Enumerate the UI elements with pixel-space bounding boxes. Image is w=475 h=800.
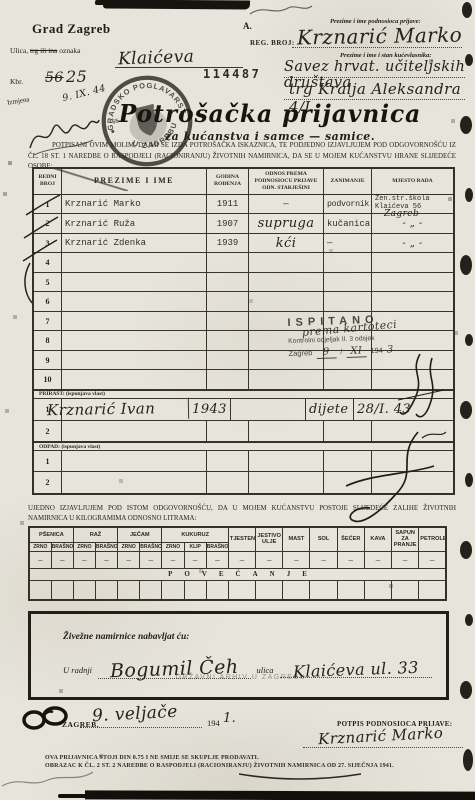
povecanje-row: POVEĆANJE (29, 568, 446, 580)
member-name: Krznarić Ruža (62, 214, 207, 233)
member-name: Krznarić Zdenka (62, 234, 207, 253)
food-supplies-table: PŠENICA RAŽ JEČAM KUKURUZ TJESTENINE JES… (28, 526, 447, 601)
footer-year-printed: 194 (207, 718, 220, 728)
street-label-post: oznaka (59, 46, 80, 55)
scanned-form-potrosacka-prijavnica: { "header": { "city": "Grad Zagreb", "st… (0, 0, 475, 800)
col-sapun: SAPUN ZA PRANJE (392, 527, 419, 551)
ink-blot-footer-left (20, 701, 76, 735)
col-header-zanimanje: ZANIMANJE (324, 169, 372, 194)
group-raz: RAŽ (73, 527, 117, 542)
member-row-4: 4 (34, 253, 453, 273)
supply-value: – (283, 551, 310, 568)
sub-zrno: ZRNO (29, 542, 51, 551)
member-name (62, 273, 207, 292)
control-year-printed: 194 (370, 346, 383, 355)
prirast-relation (231, 399, 306, 420)
supply-value: – (206, 551, 228, 568)
supply-value: – (256, 551, 283, 568)
control-signature-scribble (392, 352, 450, 422)
member-birth-year (207, 351, 249, 370)
control-month-handwritten: XI (346, 345, 366, 358)
date-slash: / (340, 347, 342, 356)
member-relation (249, 370, 324, 389)
footer-year-handwritten: 1. (223, 711, 236, 726)
supply-value: – (95, 551, 117, 568)
footnote-price: OVA PRIJAVNICA STOJI DIN 0.75 I NE SMIJE… (45, 755, 259, 761)
odpad-year (207, 451, 249, 471)
form-title: Potrošačka prijavnica (117, 99, 424, 128)
scan-ink-smear-top-small (95, 0, 113, 5)
house-number-old-struck: 56 (45, 70, 64, 86)
odpad-name (62, 472, 207, 493)
applicant-name-handwritten: Krznarić Marko (297, 23, 462, 50)
sub-zrno: ZRNO (73, 542, 95, 551)
izmjena-label: Izmjena (7, 95, 31, 106)
col-petrolej: PETROLEJ (419, 527, 446, 551)
member-row-1: 1 Krznarić Marko 1911 — podvornik Žen.st… (34, 195, 453, 215)
scan-ink-smear-top (103, 0, 250, 10)
member-occupation (324, 253, 372, 272)
archive-stamp-text: DRŽAVNI ARHIV U ZAGREBU (131, 674, 351, 681)
supply-value: – (392, 551, 419, 568)
registration-number-stamp: 114487 (203, 67, 261, 81)
member-name: Krznarić Marko (62, 195, 207, 214)
prirast-year (207, 421, 249, 442)
applicant-underline (292, 47, 462, 48)
supplies-group-header-row: PŠENICA RAŽ JEČAM KUKURUZ TJESTENINE JES… (29, 527, 446, 542)
workplace-ditto: - „ - (375, 238, 450, 249)
member-relation-handwritten: kći (249, 234, 324, 253)
member-name (62, 292, 207, 311)
member-workplace (372, 292, 453, 311)
prirast-name-handwritten: Krznarić Ivan (44, 398, 189, 421)
handwritten-squiggle-top (246, 1, 318, 19)
city-heading: Grad Zagreb (32, 21, 111, 37)
col-header-mjesto-rada: MJESTO RADA (372, 169, 453, 194)
scan-black-bar-bottom-tail (58, 794, 88, 798)
prirast-name (62, 421, 207, 442)
col-jestivo-ulje: JESTIVO ULJE (256, 527, 283, 551)
col-mast: MAST (283, 527, 310, 551)
street-label: Ulica, trg ili ina oznaka (10, 46, 81, 55)
member-birth-year: 1907 (207, 214, 249, 233)
supply-value: – (140, 551, 162, 568)
group-psenica: PŠENICA (29, 527, 73, 542)
row-number: 7 (34, 312, 62, 331)
supply-value: – (118, 551, 140, 568)
member-relation (249, 292, 324, 311)
supplies-declaration: UJEDNO IZJAVLJUJEM POD ISTOM ODGOVORNOŠĆ… (28, 504, 456, 525)
control-day-handwritten: 9 (316, 346, 336, 359)
member-birth-year (207, 331, 249, 350)
member-occupation (324, 273, 372, 292)
street-label-pre: Ulica, (10, 46, 28, 55)
sub-zrno: ZRNO (118, 542, 140, 551)
member-relation: — (249, 195, 324, 214)
col-kava: KAVA (364, 527, 391, 551)
member-name (62, 312, 207, 331)
sub-brasno: BRAŠNO (95, 542, 117, 551)
supply-value: – (73, 551, 95, 568)
shop-title: Živežne namirnice nabavljat ću: (63, 632, 189, 642)
prirast-row-1: 1 Krznarić Ivan 1943 dijete 28/I. 43 (34, 399, 453, 421)
shop-radnja-label: U radnji (63, 665, 92, 675)
supply-value: – (162, 551, 184, 568)
row-number: 8 (34, 331, 62, 350)
member-occupation: kučanica (324, 214, 372, 233)
prirast-section-label: PRIRAST: (ispunjava vlast) (34, 390, 453, 399)
sub-klip: KLIP (184, 542, 206, 551)
odpad-year (207, 472, 249, 493)
member-occupation (324, 370, 372, 389)
member-workplace (372, 273, 453, 292)
shop-declaration-box: Živežne namirnice nabavljat ću: U radnji… (28, 611, 449, 700)
section-letter: A. (243, 21, 252, 31)
prirast-relation (249, 421, 324, 442)
odpad-name (62, 451, 207, 471)
col-tjestenine: TJESTENINE (228, 527, 255, 551)
supplies-values-row: – – – – – – – – – – – – – – – – – (29, 551, 446, 568)
street-label-struck: trg ili ina (30, 46, 57, 55)
member-birth-year (207, 292, 249, 311)
workplace-ditto: - „ - (375, 218, 450, 229)
supply-value: – (29, 551, 51, 568)
col-header-odnos: ODNOS PREMA PODNOSIOCU PRIJAVE ODN. STAR… (249, 169, 324, 194)
odpad-relation (249, 472, 324, 493)
supply-value: – (228, 551, 255, 568)
member-birth-year: 1911 (207, 195, 249, 214)
member-row-5: 5 (34, 273, 453, 293)
member-row-6: 6 (34, 292, 453, 312)
landlord-label: Prezime i ime i stan kućevlasnika: (340, 52, 432, 59)
odpad-relation (249, 451, 324, 471)
scan-black-bar-bottom (85, 790, 475, 800)
supply-value: – (184, 551, 206, 568)
member-birth-year: 1939 (207, 234, 249, 253)
row-number: 10 (34, 370, 62, 389)
footer-date-handwritten: 9. veljače (92, 702, 179, 726)
supply-value: – (51, 551, 73, 568)
landlord-underline-1 (284, 77, 465, 78)
member-relation-handwritten: supruga (249, 214, 324, 233)
row-number: 2 (34, 472, 62, 493)
member-row-3: 3 Krznarić Zdenka 1939 kći — - „ - (34, 234, 453, 254)
paper-speckles (0, 0, 2, 2)
supply-value: – (419, 551, 446, 568)
member-workplace (372, 253, 453, 272)
povecanje-values-row (29, 580, 446, 600)
col-secer: ŠEĆER (337, 527, 364, 551)
povecanje-label: POVEĆANJE (29, 568, 446, 580)
footer-date-underline (80, 727, 202, 728)
supply-value: – (337, 551, 364, 568)
col-sol: SOL (310, 527, 337, 551)
member-name (62, 331, 207, 350)
group-kukuruz: KUKURUZ (162, 527, 228, 542)
member-name (62, 370, 207, 389)
house-number-label: Kbr. (10, 77, 23, 86)
row-number: 9 (34, 351, 62, 370)
member-occupation: — (324, 234, 372, 253)
member-birth-year (207, 273, 249, 292)
member-relation (249, 253, 324, 272)
supply-value: – (310, 551, 337, 568)
sub-brasno: BRAŠNO (51, 542, 73, 551)
street-name-handwritten: Klaićeva (118, 47, 195, 70)
member-birth-year (207, 370, 249, 389)
prirast-occupation-handwritten: dijete (306, 399, 354, 420)
member-relation (249, 273, 324, 292)
member-name (62, 253, 207, 272)
footnote-regulation: OBRAZAC K ČL. 2 ST. 2 NAREDBE O RASPODJE… (45, 763, 394, 769)
row-number: 1 (34, 451, 62, 471)
scan-edge-blobs-right (457, 0, 475, 800)
row-number: 2 (34, 421, 62, 442)
house-number-new-handwritten: 25 (66, 67, 87, 86)
pencil-wave-bottom-left (0, 762, 96, 790)
col-header-godina-rodjenja: GODINA ROĐENJA (207, 169, 249, 194)
control-place: Zagreb (288, 348, 312, 358)
prirast-year-handwritten: 1943 (189, 399, 231, 420)
member-name (62, 351, 207, 370)
member-occupation (324, 292, 372, 311)
member-birth-year (207, 253, 249, 272)
member-row-10: 10 (34, 370, 453, 390)
member-occupation: podvornik (324, 195, 372, 214)
signature-underline (303, 747, 463, 748)
registration-number-label: REG. BROJ: (250, 39, 295, 47)
sub-brasno: BRAŠNO (206, 542, 228, 551)
supply-value: – (364, 551, 391, 568)
member-workplace: Žen.str.škola Klaićeva 56 Zagreb (372, 195, 453, 214)
margin-check-marks (20, 193, 68, 308)
member-birth-year (207, 312, 249, 331)
sub-zrno: ZRNO (162, 542, 184, 551)
member-row-2: 2 Krznarić Ruža 1907 supruga kučanica - … (34, 214, 453, 234)
sub-brasno: BRAŠNO (140, 542, 162, 551)
form-title-block: Potrošačka prijavnica za kućanstva i sam… (112, 99, 428, 143)
handwritten-slash-over-header (50, 167, 128, 191)
group-jecam: JEČAM (118, 527, 162, 542)
pencil-curve-under-notes (235, 770, 365, 784)
